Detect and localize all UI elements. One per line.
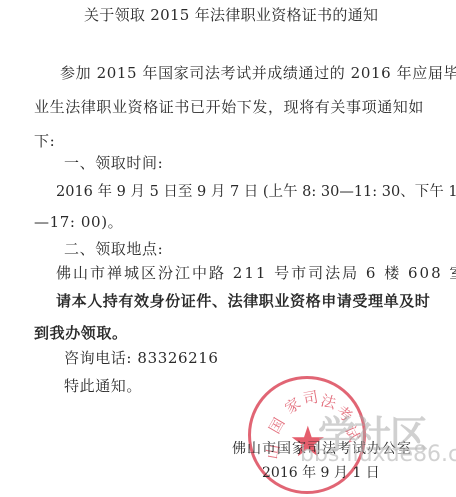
notice-line-1: 请本人持有效身份证件、法律职业资格申请受理单及时 xyxy=(56,290,430,311)
notice-line-2: 到我办领取。 xyxy=(34,322,128,343)
intro-line-3: 下: xyxy=(34,130,55,151)
intro-line-2: 业生法律职业资格证书已开始下发，现将有关事项通知如 xyxy=(34,96,424,117)
section-1-line-1: 2016 年 9 月 5 日至 9 月 7 日 (上午 8: 30—11: 30… xyxy=(56,180,456,201)
section-2-heading: 二、领取地点: xyxy=(64,238,163,259)
section-1-heading: 一、领取时间: xyxy=(64,152,163,173)
closing-text: 特此通知。 xyxy=(64,375,142,396)
section-2-line-1: 佛山市禅城区汾江中路 211 号市司法局 6 楼 608 室。 xyxy=(56,262,456,283)
contact-phone: 咨询电话: 83326216 xyxy=(64,347,219,368)
intro-line-1: 参加 2015 年国家司法考试并成绩通过的 2016 年应届毕 xyxy=(60,62,456,83)
document-title: 关于领取 2015 年法律职业资格证书的通知 xyxy=(84,4,378,25)
watermark-url: bbs.liuxue86.com xyxy=(300,442,456,467)
section-1-line-2: —17: 00)。 xyxy=(34,211,123,232)
